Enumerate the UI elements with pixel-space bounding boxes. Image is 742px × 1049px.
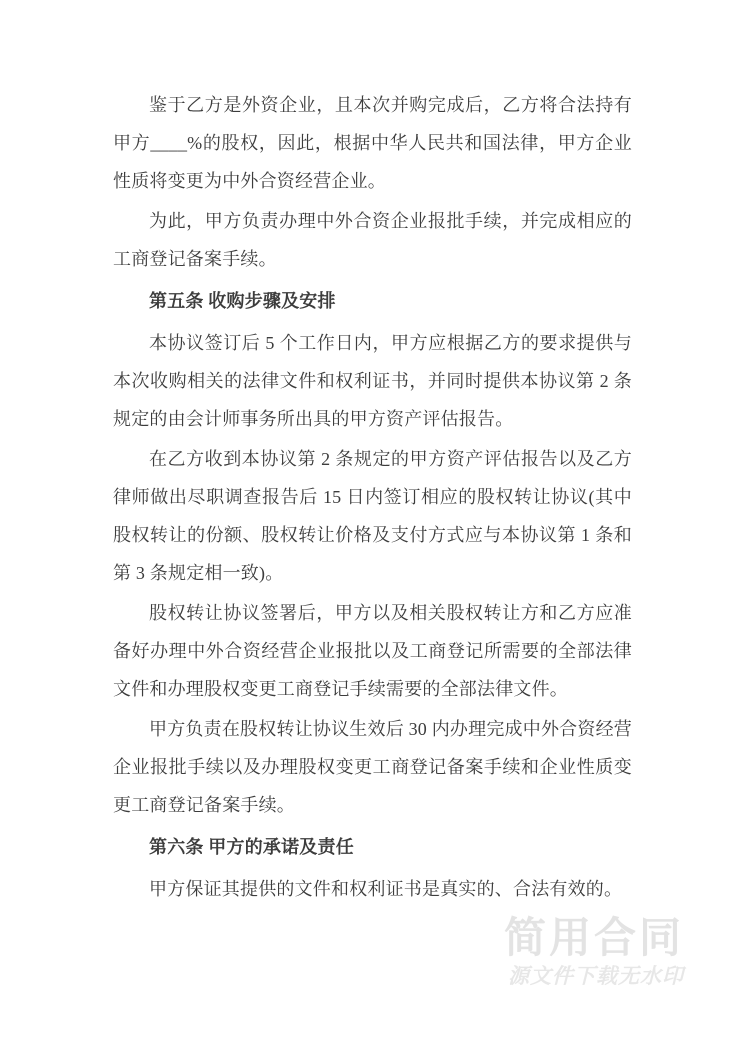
- section-heading-article-5: 第五条 收购步骤及安排: [113, 282, 632, 320]
- document-page: 鉴于乙方是外资企业，且本次并购完成后，乙方将合法持有甲方____%的股权，因此，…: [0, 0, 742, 1049]
- watermark: 简用合同 源文件下载无水印: [504, 916, 684, 988]
- section-heading-article-6: 第六条 甲方的承诺及责任: [113, 828, 632, 866]
- paragraph-article5-2: 在乙方收到本协议第 2 条规定的甲方资产评估报告以及乙方律师做出尽职调查报告后 …: [113, 440, 632, 592]
- paragraph-article5-4: 甲方负责在股权转让协议生效后 30 内办理完成中外合资经营企业报批手续以及办理股…: [113, 710, 632, 824]
- paragraph-article5-3: 股权转让协议签署后，甲方以及相关股权转让方和乙方应准备好办理中外合资经营企业报批…: [113, 594, 632, 708]
- paragraph-article6-1: 甲方保证其提供的文件和权利证书是真实的、合法有效的。: [113, 870, 632, 908]
- paragraph-recital-1: 鉴于乙方是外资企业，且本次并购完成后，乙方将合法持有甲方____%的股权，因此，…: [113, 86, 632, 200]
- document-body: 鉴于乙方是外资企业，且本次并购完成后，乙方将合法持有甲方____%的股权，因此，…: [113, 86, 632, 910]
- paragraph-recital-2: 为此，甲方负责办理中外合资企业报批手续，并完成相应的工商登记备案手续。: [113, 202, 632, 278]
- paragraph-article5-1: 本协议签订后 5 个工作日内，甲方应根据乙方的要求提供与本次收购相关的法律文件和…: [113, 324, 632, 438]
- watermark-title: 简用合同: [504, 916, 684, 960]
- watermark-subtitle: 源文件下载无水印: [504, 966, 684, 988]
